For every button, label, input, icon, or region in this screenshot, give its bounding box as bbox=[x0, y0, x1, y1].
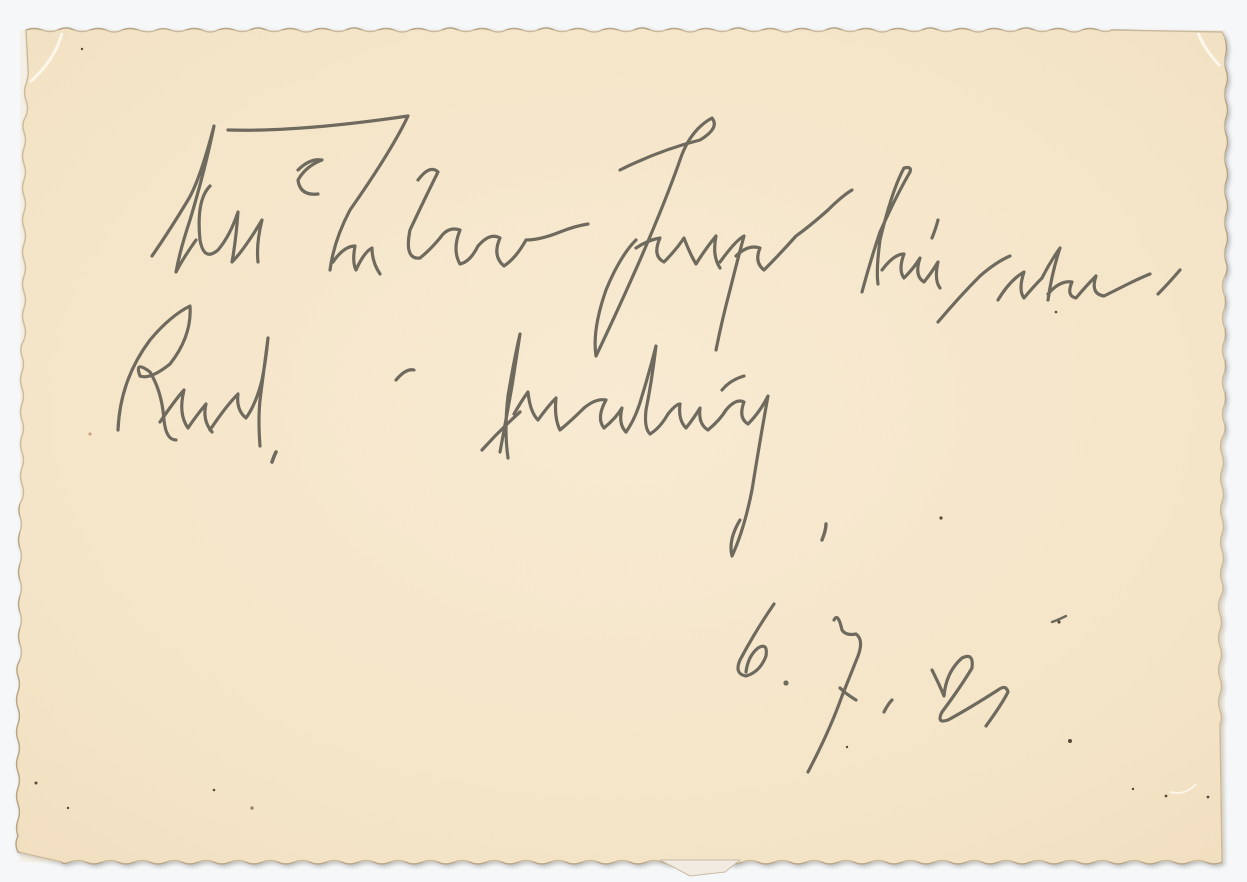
paper-grain-texture bbox=[20, 30, 1225, 862]
scan-stage: Deutscher Panzer bei der Rast. Dünaburg.… bbox=[0, 0, 1247, 882]
photo-back-paper bbox=[0, 0, 1247, 882]
bottom-torn-flap bbox=[660, 860, 740, 876]
